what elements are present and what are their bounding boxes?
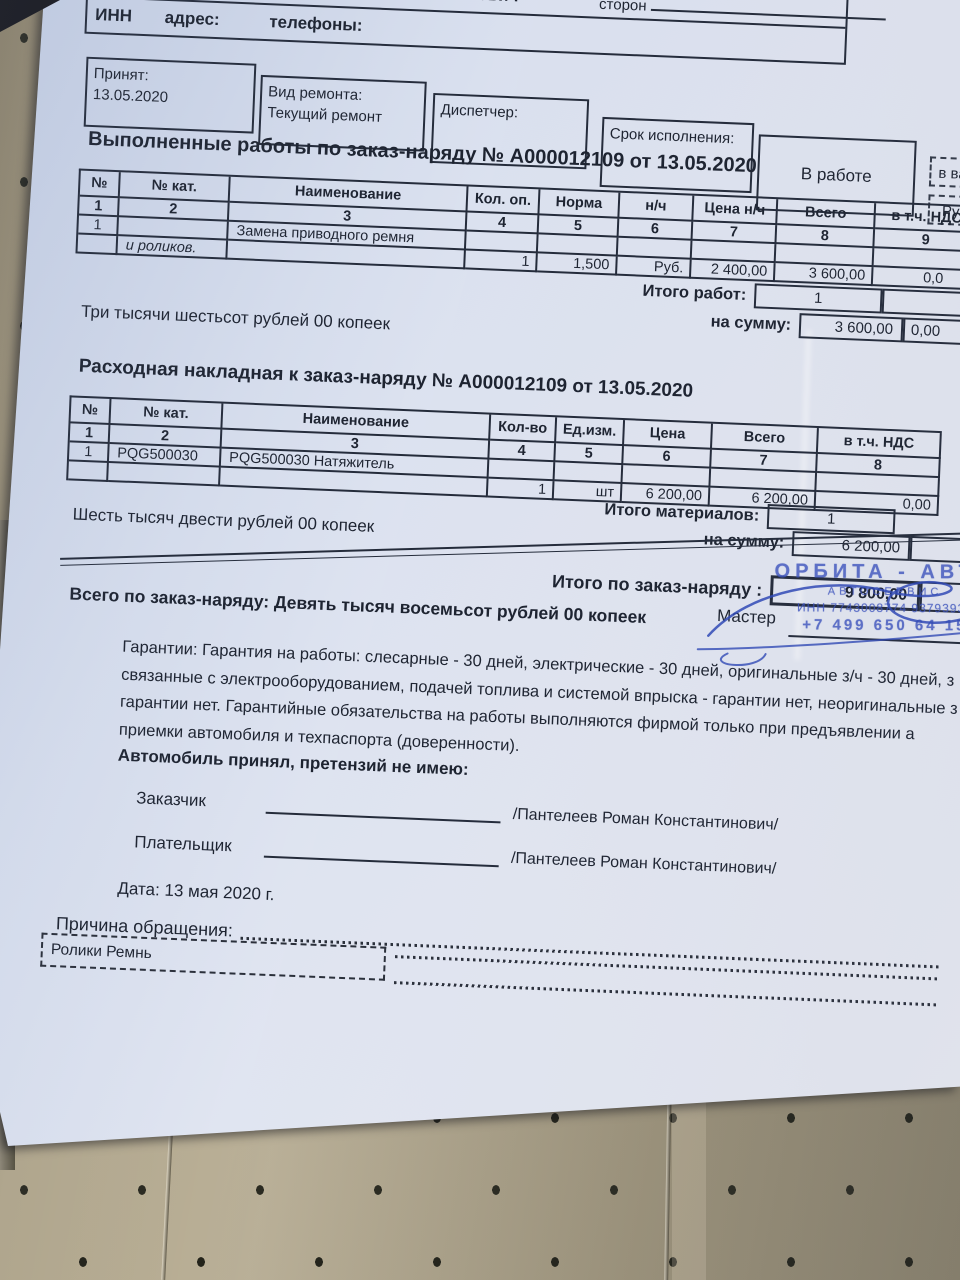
- works-col-num: №: [80, 171, 121, 199]
- works-col-norm: Норма: [539, 189, 620, 218]
- mat-col-num: №: [70, 397, 111, 425]
- accepted-box: Принят: 13.05.2020: [84, 57, 257, 134]
- mat-cell: 1: [69, 442, 110, 463]
- works-cell: 2 400,00: [691, 260, 776, 282]
- date-line: Дата: 13 мая 2020 г.: [117, 879, 275, 905]
- works-cell: 3 600,00: [775, 263, 874, 286]
- stamp-phone: +7 499 650 64 15: [760, 616, 960, 635]
- inn-label: ИНН: [95, 5, 133, 25]
- works-col-qty: Кол. оп.: [467, 186, 540, 215]
- dotted-fill-line: [395, 955, 940, 980]
- works-vat-cell: 0,00: [902, 317, 960, 347]
- company-stamp: ОРБИТА - АВТО АВТОСЕРВИС ИНН 7743008774 …: [760, 560, 960, 635]
- payer-signature-row: Плательщик /Пантелеев Роман Константинов…: [134, 830, 777, 878]
- col-index: 1: [79, 197, 120, 218]
- due-label: Срок исполнения:: [609, 123, 746, 150]
- signature-line: [266, 792, 502, 824]
- col-index: 1: [70, 423, 111, 444]
- document-sheet-wrapper: Плательщик: Пантелеев Роман Константинов…: [0, 0, 960, 1280]
- payer-name-signature: /Пантелеев Роман Константинович/: [511, 850, 777, 879]
- stamp-inn: ИНН 7743008774 93793937: [760, 600, 960, 616]
- works-col-nh: н/ч: [619, 193, 694, 222]
- customer-signature-row: Заказчик /Пантелеев Роман Константинович…: [136, 786, 779, 834]
- materials-title: Расходная накладная к заказ-наряду № А00…: [78, 356, 693, 403]
- customer-role-label: Заказчик: [136, 788, 267, 813]
- works-cell: 0,0: [873, 267, 960, 290]
- master-signature-line: [788, 635, 960, 646]
- works-cell: 1,500: [537, 253, 618, 275]
- stamp-company-name: ОРБИТА - АВТО: [760, 560, 960, 585]
- payer-role-label: Плательщик: [134, 832, 265, 857]
- address-label: адрес:: [164, 8, 220, 29]
- customer-name: /Пантелеев Роман Константинович/: [512, 806, 778, 835]
- dispatcher-label: Диспетчер:: [440, 99, 581, 126]
- master-label: Мастер: [717, 606, 777, 628]
- signature-line: [264, 836, 500, 868]
- phones-label: телефоны:: [269, 12, 363, 35]
- reason-value: Ролики Ремнь: [51, 941, 153, 962]
- document-content: Плательщик: Пантелеев Роман Константинов…: [46, 0, 960, 1208]
- works-cell: [77, 235, 118, 256]
- works-cell: Руб.: [617, 257, 692, 279]
- mat-col-unit: Ед.изм.: [556, 417, 625, 446]
- dotted-fill-line: [394, 981, 939, 1006]
- mat-col-price: Цена: [624, 420, 713, 450]
- works-col-price: Цена н/ч: [693, 196, 778, 225]
- mat-col-qty: Кол-во: [490, 415, 557, 444]
- materials-total-qty-cell: 1: [767, 504, 896, 534]
- work-order-document: Плательщик: Пантелеев Роман Константинов…: [0, 0, 960, 1280]
- photo-of-work-order: { "header": { "payer_label": "Плательщик…: [0, 0, 960, 1280]
- sides-text-fragment: сторон: [599, 0, 647, 15]
- works-cell: 1: [465, 250, 538, 272]
- status-value: В работе: [800, 164, 872, 187]
- works-cell: 1: [78, 216, 119, 237]
- stamp-subtitle: АВТОСЕРВИС: [760, 585, 960, 599]
- works-col-total: Всего: [777, 199, 876, 229]
- works-sum-cell: 3 600,00: [799, 313, 904, 342]
- works-cell: и роликов.: [117, 236, 228, 259]
- works-total-qty-cell: 1: [754, 283, 883, 313]
- currency-label-box: в валюте: [929, 156, 960, 192]
